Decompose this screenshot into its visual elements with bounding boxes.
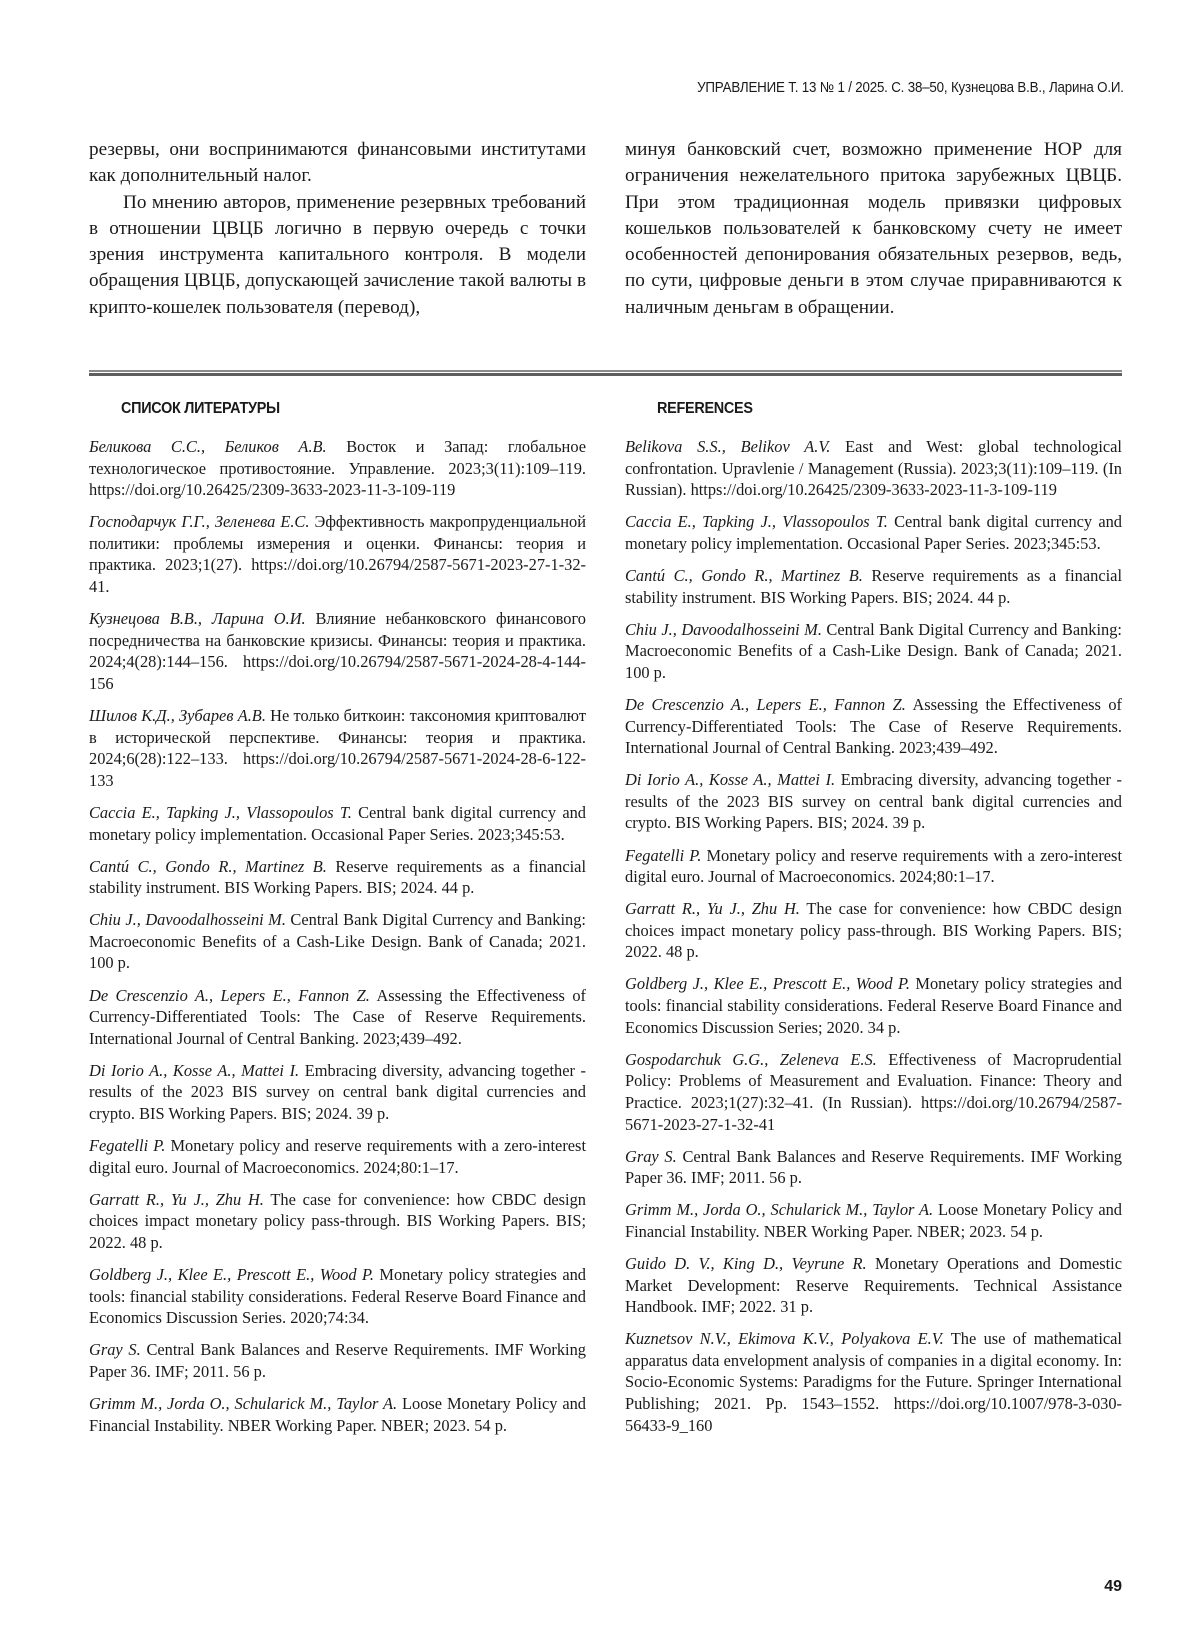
reference-authors: Chiu J., Davoodalhosseini M. xyxy=(625,620,822,639)
reference-item: De Crescenzio A., Lepers E., Fannon Z. A… xyxy=(89,985,586,1050)
reference-item: De Crescenzio A., Lepers E., Fannon Z. A… xyxy=(625,694,1122,759)
reference-authors: Guido D. V., King D., Veyrune R. xyxy=(625,1254,867,1273)
reference-authors: Caccia E., Tapking J., Vlassopoulos T. xyxy=(89,803,352,822)
running-head: УПРАВЛЕНИЕ Т. 13 № 1 / 2025. С. 38–50, К… xyxy=(697,80,1124,96)
reference-authors: Господарчук Г.Г., Зеленева Е.С. xyxy=(89,512,309,531)
reference-authors: Gospodarchuk G.G., Zeleneva E.S. xyxy=(625,1050,877,1069)
reference-authors: Fegatelli P. xyxy=(625,846,701,865)
reference-item: Garratt R., Yu J., Zhu H. The case for c… xyxy=(89,1189,586,1254)
reference-authors: Goldberg J., Klee E., Prescott E., Wood … xyxy=(89,1265,374,1284)
reference-text: Central Bank Balances and Reserve Requir… xyxy=(625,1147,1122,1188)
reference-item: Gray S. Central Bank Balances and Reserv… xyxy=(625,1146,1122,1189)
reference-item: Gray S. Central Bank Balances and Reserv… xyxy=(89,1339,586,1382)
reference-item: Cantú C., Gondo R., Martinez B. Reserve … xyxy=(625,565,1122,608)
reference-authors: Cantú C., Gondo R., Martinez B. xyxy=(89,857,327,876)
reference-authors: Cantú C., Gondo R., Martinez B. xyxy=(625,566,863,585)
page-number: 49 xyxy=(1104,1578,1122,1596)
reference-item: Cantú C., Gondo R., Martinez B. Reserve … xyxy=(89,856,586,899)
reference-authors: Chiu J., Davoodalhosseini M. xyxy=(89,910,286,929)
reference-authors: Garratt R., Yu J., Zhu H. xyxy=(89,1190,264,1209)
reference-item: Di Iorio A., Kosse A., Mattei I. Embraci… xyxy=(625,769,1122,834)
reference-authors: De Crescenzio A., Lepers E., Fannon Z. xyxy=(625,695,906,714)
reference-item: Goldberg J., Klee E., Prescott E., Wood … xyxy=(89,1264,586,1329)
reference-item: Fegatelli P. Monetary policy and reserve… xyxy=(625,845,1122,888)
reference-authors: Беликова С.С., Беликов А.В. xyxy=(89,437,327,456)
reference-item: Caccia E., Tapking J., Vlassopoulos T. C… xyxy=(89,802,586,845)
reference-item: Guido D. V., King D., Veyrune R. Monetar… xyxy=(625,1253,1122,1318)
reference-authors: Di Iorio A., Kosse A., Mattei I. xyxy=(625,770,835,789)
references-heading-en: REFERENCES xyxy=(657,400,1089,418)
reference-item: Кузнецова В.В., Ларина О.И. Влияние неба… xyxy=(89,608,586,694)
references-russian: СПИСОК ЛИТЕРАТУРЫ Беликова С.С., Беликов… xyxy=(89,400,586,1447)
references-english: REFERENCES Belikova S.S., Belikov A.V. E… xyxy=(625,400,1122,1447)
body-paragraph: минуя банковский счет, возможно применен… xyxy=(625,137,1122,321)
reference-authors: Кузнецова В.В., Ларина О.И. xyxy=(89,609,306,628)
reference-authors: Шилов К.Д., Зубарев А.В. xyxy=(89,706,266,725)
reference-item: Fegatelli P. Monetary policy and reserve… xyxy=(89,1135,586,1178)
reference-item: Garratt R., Yu J., Zhu H. The case for c… xyxy=(625,898,1122,963)
reference-authors: Gray S. xyxy=(89,1340,141,1359)
reference-authors: Kuznetsov N.V., Ekimova K.V., Polyakova … xyxy=(625,1329,944,1348)
reference-authors: Di Iorio A., Kosse A., Mattei I. xyxy=(89,1061,299,1080)
reference-item: Caccia E., Tapking J., Vlassopoulos T. C… xyxy=(625,511,1122,554)
reference-authors: Gray S. xyxy=(625,1147,677,1166)
body-paragraph: резервы, они воспринимаются финансовыми … xyxy=(89,137,586,190)
reference-authors: Garratt R., Yu J., Zhu H. xyxy=(625,899,800,918)
reference-item: Goldberg J., Klee E., Prescott E., Wood … xyxy=(625,973,1122,1038)
reference-item: Belikova S.S., Belikov A.V. East and Wes… xyxy=(625,436,1122,501)
reference-authors: Grimm M., Jorda O., Schularick M., Taylo… xyxy=(89,1394,397,1413)
reference-item: Grimm M., Jorda O., Schularick M., Taylo… xyxy=(89,1393,586,1436)
body-column-left: резервы, они воспринимаются финансовыми … xyxy=(89,137,586,321)
reference-item: Господарчук Г.Г., Зеленева Е.С. Эффектив… xyxy=(89,511,586,597)
reference-item: Chiu J., Davoodalhosseini M. Central Ban… xyxy=(89,909,586,974)
body-paragraph: По мнению авторов, применение резервных … xyxy=(89,190,586,321)
reference-item: Gospodarchuk G.G., Zeleneva E.S. Effecti… xyxy=(625,1049,1122,1135)
reference-item: Беликова С.С., Беликов А.В. Восток и Зап… xyxy=(89,436,586,501)
reference-authors: De Crescenzio A., Lepers E., Fannon Z. xyxy=(89,986,370,1005)
body-text: резервы, они воспринимаются финансовыми … xyxy=(89,137,1122,321)
reference-item: Шилов К.Д., Зубарев А.В. Не только битко… xyxy=(89,705,586,791)
references-section: СПИСОК ЛИТЕРАТУРЫ Беликова С.С., Беликов… xyxy=(89,400,1122,1447)
reference-item: Di Iorio A., Kosse A., Mattei I. Embraci… xyxy=(89,1060,586,1125)
reference-authors: Goldberg J., Klee E., Prescott E., Wood … xyxy=(625,974,910,993)
divider-line-thick xyxy=(89,373,1122,376)
body-column-right: минуя банковский счет, возможно применен… xyxy=(625,137,1122,321)
reference-item: Kuznetsov N.V., Ekimova K.V., Polyakova … xyxy=(625,1328,1122,1436)
reference-authors: Fegatelli P. xyxy=(89,1136,165,1155)
reference-item: Chiu J., Davoodalhosseini M. Central Ban… xyxy=(625,619,1122,684)
reference-authors: Grimm M., Jorda O., Schularick M., Taylo… xyxy=(625,1200,933,1219)
section-divider xyxy=(89,370,1122,376)
references-heading-ru: СПИСОК ЛИТЕРАТУРЫ xyxy=(121,400,553,418)
reference-text: Central Bank Balances and Reserve Requir… xyxy=(89,1340,586,1381)
reference-authors: Caccia E., Tapking J., Vlassopoulos T. xyxy=(625,512,888,531)
reference-item: Grimm M., Jorda O., Schularick M., Taylo… xyxy=(625,1199,1122,1242)
reference-authors: Belikova S.S., Belikov A.V. xyxy=(625,437,830,456)
